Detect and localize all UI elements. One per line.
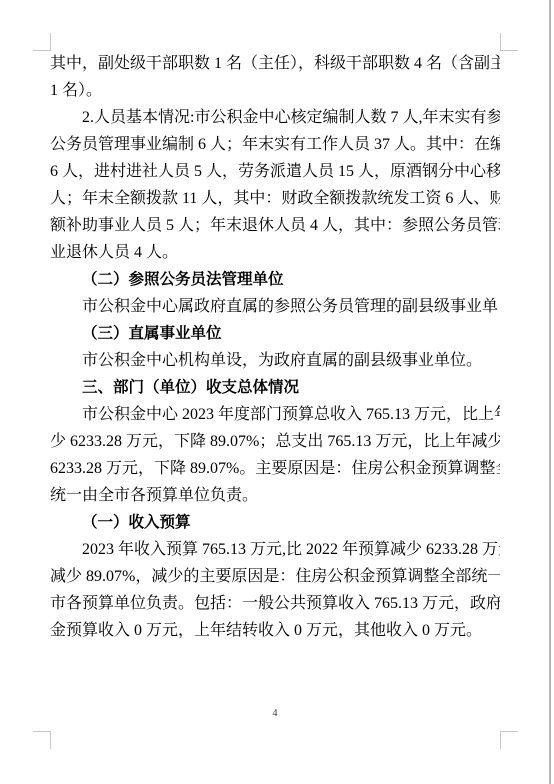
text-line: 人；年末全额拨款 11 人，其中：财政全额拨款统发工资 6 人、财政全: [50, 185, 500, 212]
section-heading: （一）收入预算: [50, 509, 500, 536]
document-page: 其中，副处级干部职数 1 名（主任），科级干部职数 4 名（含副主任1 名）。2…: [0, 0, 554, 784]
text-line: 公务员管理事业编制 6 人；年末实有工作人员 37 人。其中：在编人员: [50, 131, 500, 158]
text-line: 其中，副处级干部职数 1 名（主任），科级干部职数 4 名（含副主任: [50, 50, 500, 77]
text-line: 市公积金中心机构单设，为政府直属的副县级事业单位。: [50, 347, 500, 374]
text-line: 金预算收入 0 万元，上年结转收入 0 万元，其他收入 0 万元。: [50, 617, 500, 644]
text-line: 2023 年收入预算 765.13 万元,比 2022 年预算减少 6233.2…: [50, 536, 500, 563]
section-heading: 三、部门（单位）收支总体情况: [50, 374, 500, 401]
text-line: 6233.28 万元，下降 89.07%。主要原因是：住房公积金预算调整全部: [50, 455, 500, 482]
page-right-edge: [549, 0, 551, 784]
text-line: 业退休人员 4 人。: [50, 239, 500, 266]
text-line: 少 6233.28 万元，下降 89.07%；总支出 765.13 万元，比上年…: [50, 428, 500, 455]
crop-mark-top-right: [500, 33, 518, 51]
document-text-area: 其中，副处级干部职数 1 名（主任），科级干部职数 4 名（含副主任1 名）。2…: [50, 50, 500, 644]
text-line: 额补助事业人员 5 人；年末退休人员 4 人，其中：参照公务员管理事: [50, 212, 500, 239]
text-line: 市公积金中心 2023 年度部门预算总收入 765.13 万元，比上年减: [50, 401, 500, 428]
section-heading: （三）直属事业单位: [50, 320, 500, 347]
crop-mark-bottom-left: [33, 731, 51, 749]
text-line: 1 名）。: [50, 77, 500, 104]
page-number: 4: [50, 708, 500, 719]
crop-mark-bottom-right: [500, 731, 518, 749]
text-line: 市公积金中心属政府直属的参照公务员管理的副县级事业单位。: [50, 293, 500, 320]
section-heading: （二）参照公务员法管理单位: [50, 266, 500, 293]
text-line: 6 人，进村进社人员 5 人，劳务派遣人员 15 人，原酒钢分中心移交 11: [50, 158, 500, 185]
text-line: 市各预算单位负责。包括：一般公共预算收入 765.13 万元，政府性基: [50, 590, 500, 617]
text-line: 减少 89.07%，减少的主要原因是：住房公积金预算调整全部统一由全: [50, 563, 500, 590]
crop-mark-top-left: [33, 33, 51, 51]
text-line: 统一由全市各预算单位负责。: [50, 482, 500, 509]
text-line: 2.人员基本情况:市公积金中心核定编制人数 7 人,年末实有参照: [50, 104, 500, 131]
